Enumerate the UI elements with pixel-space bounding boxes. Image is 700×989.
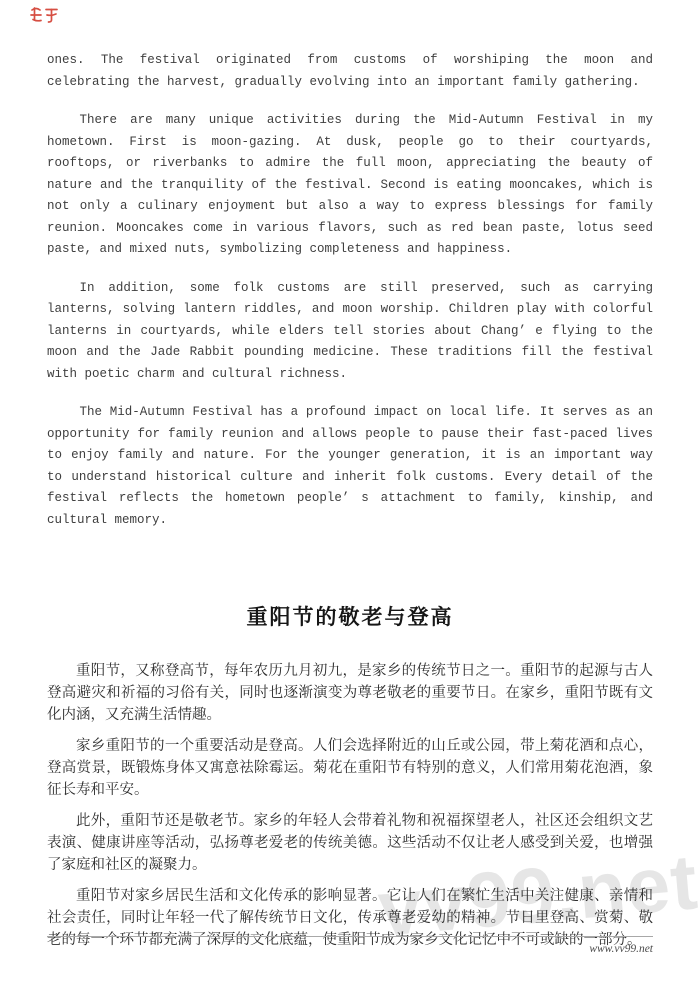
english-paragraph: In addition, some folk customs are still… — [47, 278, 653, 386]
english-paragraph: The Mid-Autumn Festival has a profound i… — [47, 402, 653, 531]
chinese-paragraph: 重阳节对家乡居民生活和文化传承的影响显著。它让人们在繁忙生活中关注健康、亲情和社… — [47, 885, 653, 951]
red-logo-icon — [29, 6, 59, 24]
footer-url: www.vv99.net — [589, 943, 653, 955]
chinese-paragraph: 家乡重阳节的一个重要活动是登高。人们会选择附近的山丘或公园，带上菊花酒和点心，登… — [47, 735, 653, 801]
english-paragraph: There are many unique activities during … — [47, 110, 653, 261]
document-page: vv99.net ones. The festival originated f… — [0, 0, 700, 989]
chinese-paragraph: 此外，重阳节还是敬老节。家乡的年轻人会带着礼物和祝福探望老人，社区还会组织文艺表… — [47, 810, 653, 876]
chinese-paragraph: 重阳节，又称登高节，每年农历九月初九，是家乡的传统节日之一。重阳节的起源与古人登… — [47, 660, 653, 726]
document-body: ones. The festival originated from custo… — [47, 0, 653, 960]
english-paragraph: ones. The festival originated from custo… — [47, 50, 653, 93]
footer-divider — [47, 936, 653, 937]
chinese-title: 重阳节的敬老与登高 — [47, 601, 653, 631]
red-logo-mark — [29, 6, 59, 29]
